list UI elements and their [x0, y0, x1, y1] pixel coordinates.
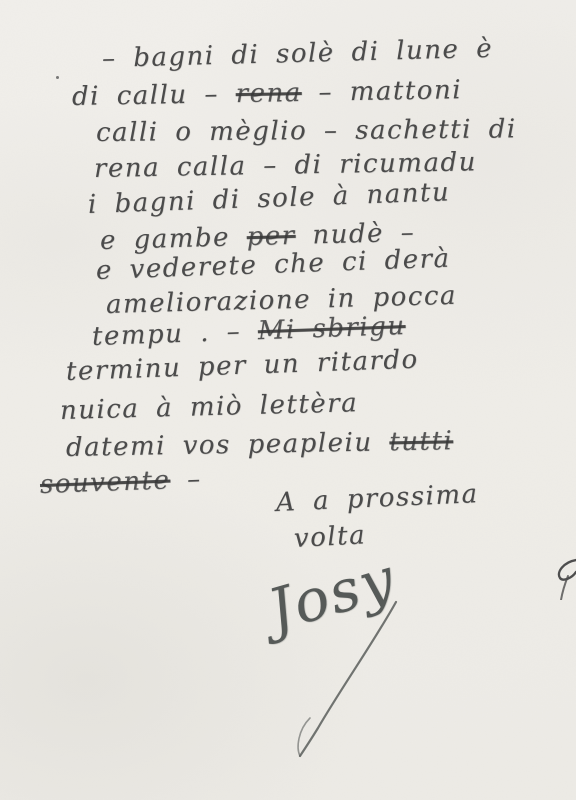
line-text: calli o mèglio – sachetti di [96, 114, 517, 148]
line-text: di callu – [72, 79, 236, 112]
signature: Josy [261, 544, 403, 645]
letter-line-13: souvente – [39, 464, 202, 500]
line-text: – [170, 464, 202, 495]
letter-line-12: datemi vos peapleiu tutti [66, 426, 454, 463]
letter-line-1: – bagni di solè di lune è [102, 34, 494, 74]
line-text: nuica à miò lettèra [60, 388, 359, 426]
closing-line-2: volta [293, 520, 367, 554]
line-text: – bagni di solè di lune è [102, 34, 494, 74]
struck-word: Mi sbrigu [257, 311, 406, 346]
closing-line-1: A a prossima [275, 479, 479, 518]
letter-line-5: i bagni di sole à nantu [87, 177, 450, 220]
line-text: volta [293, 520, 367, 554]
letter-line-3: calli o mèglio – sachetti di [96, 114, 517, 148]
line-text: A a prossima [275, 479, 479, 518]
line-text: tempu . – [91, 316, 258, 352]
struck-word: per [246, 221, 296, 252]
struck-word: tutti [389, 426, 453, 457]
cutoff-pen-stroke [548, 552, 576, 600]
stray-ink-dot [56, 76, 59, 79]
struck-word: souvente [39, 465, 170, 500]
line-text: – mattoni [301, 75, 462, 108]
line-text: datemi vos peapleiu [66, 427, 390, 463]
letter-line-2: di callu – rena – mattoni [72, 75, 463, 112]
letter-line-11: nuica à miò lettèra [60, 388, 359, 426]
line-text: i bagni di sole à nantu [87, 177, 450, 220]
struck-word: rena [235, 78, 302, 109]
letter-page: – bagni di solè di lune è di callu – ren… [0, 0, 576, 800]
